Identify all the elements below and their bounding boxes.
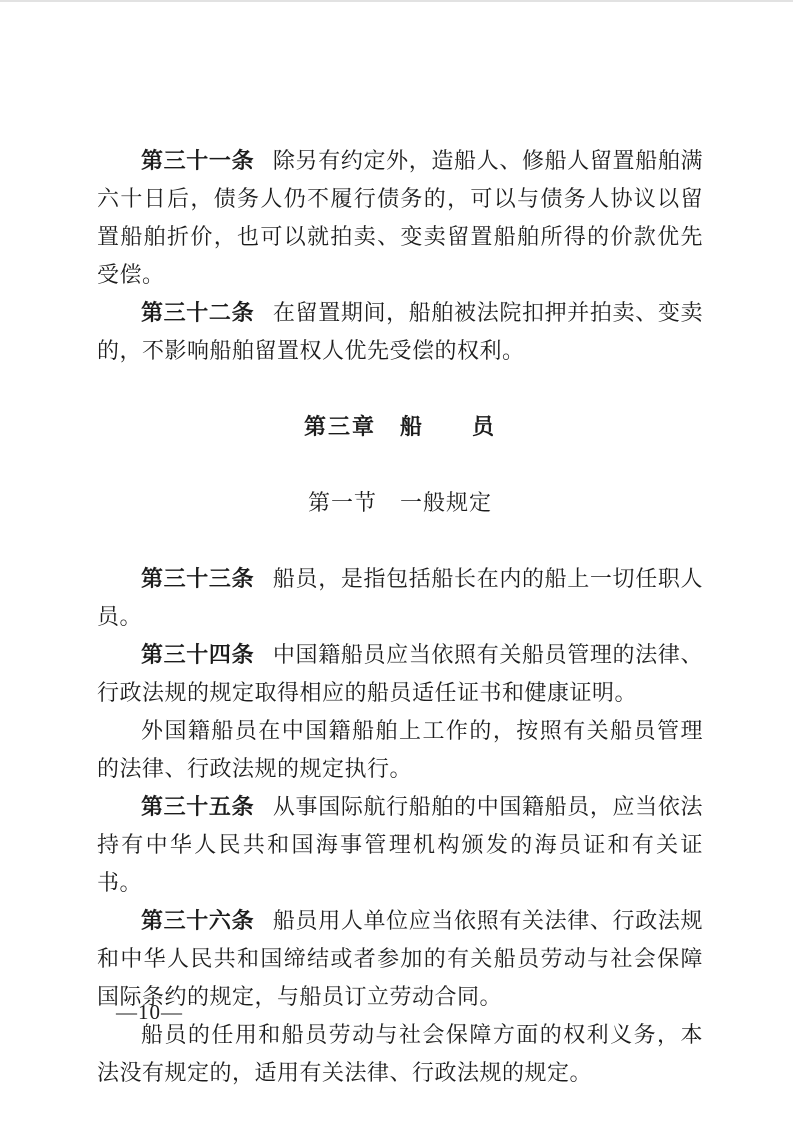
article-number: 第三十三条 — [141, 566, 254, 591]
article-number: 第三十五条 — [141, 794, 254, 819]
article-paragraph: 第三十一条除另有约定外，造船人、修船人留置船舶满六十日后，债务人仍不履行债务的，… — [97, 142, 703, 294]
body-paragraph: 船员的任用和船员劳动与社会保障方面的权利义务，本法没有规定的，适用有关法律、行政… — [97, 1016, 703, 1092]
article-paragraph: 第三十四条中国籍船员应当依照有关船员管理的法律、行政法规的规定取得相应的船员适任… — [97, 636, 703, 712]
chapter-heading: 第三章 船 员 — [97, 408, 703, 446]
body-paragraph: 外国籍船员在中国籍船舶上工作的，按照有关船员管理的法律、行政法规的规定执行。 — [97, 712, 703, 788]
section-heading: 第一节 一般规定 — [97, 484, 703, 522]
article-paragraph: 第三十二条在留置期间，船舶被法院扣押并拍卖、变卖的，不影响船舶留置权人优先受偿的… — [97, 294, 703, 370]
article-number: 第三十四条 — [141, 642, 254, 667]
article-paragraph: 第三十六条船员用人单位应当依照有关法律、行政法规和中华人民共和国缔结或者参加的有… — [97, 902, 703, 1016]
page-number: —10— — [116, 997, 183, 1027]
article-paragraph: 第三十五条从事国际航行船舶的中国籍船员，应当依法持有中华人民共和国海事管理机构颁… — [97, 788, 703, 902]
document-page: 第三十一条除另有约定外，造船人、修船人留置船舶满六十日后，债务人仍不履行债务的，… — [0, 0, 793, 1124]
article-number: 第三十一条 — [141, 148, 254, 173]
article-number: 第三十六条 — [141, 908, 254, 933]
article-number: 第三十二条 — [141, 300, 254, 325]
document-body: 第三十一条除另有约定外，造船人、修船人留置船舶满六十日后，债务人仍不履行债务的，… — [97, 142, 703, 1092]
article-paragraph: 第三十三条船员，是指包括船长在内的船上一切任职人员。 — [97, 560, 703, 636]
